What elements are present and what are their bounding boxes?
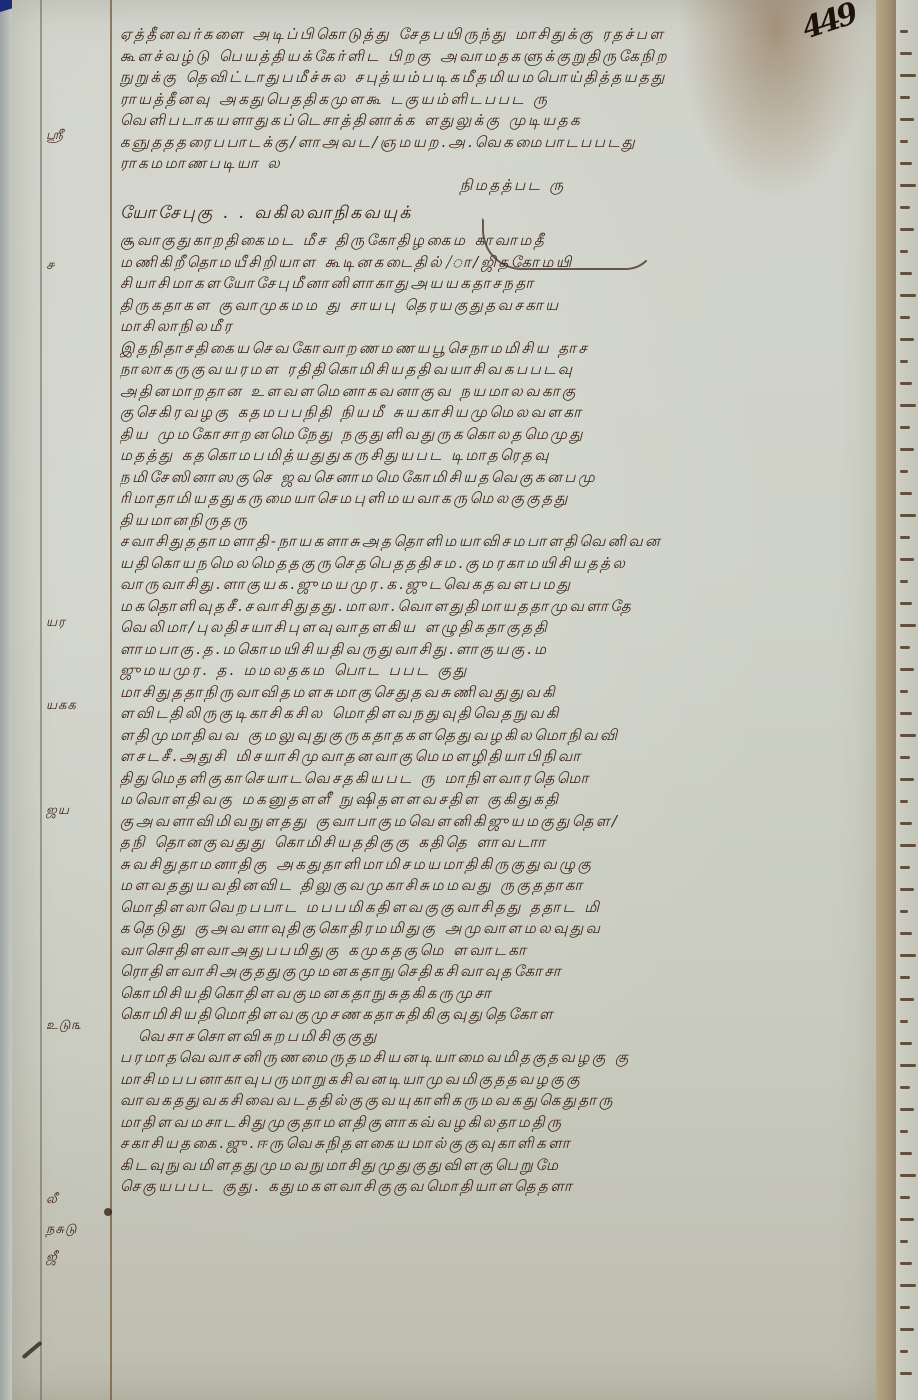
manuscript-line: ஜுமயமுர. த. மமலதகம பொட பபட குது <box>120 660 882 682</box>
facing-page-ink-fragment <box>900 712 912 715</box>
manuscript-line: மவொளதிவகு மகனுதளளீ நுஷிதளளவசதிள குகிதுகத… <box>120 789 882 811</box>
facing-page-ink-fragment <box>900 184 916 187</box>
manuscript-line: மளவததுயவதினவிட திலுகுவமுகாசிசுமமவது ருகு… <box>120 875 882 897</box>
manuscript-line: நாலாகருகுவயரமள ரதிதிகொமிசியததிவயாசிவகபபட… <box>120 359 882 381</box>
facing-page-ink-fragment <box>900 1130 908 1133</box>
manuscript-line: ளசடசீ.அதுசி மிசயாசிமுவாதனவாகுமெமளழிதியாப… <box>120 746 882 768</box>
facing-page-ink-fragment <box>900 1174 916 1177</box>
facing-page-ink-fragment <box>900 910 908 913</box>
manuscript-line: வெளிபடாகயளாதுகப்டெசாத்தினாக்க ளதுலுக்கு … <box>120 110 882 132</box>
facing-page-ink-fragment <box>900 778 914 781</box>
manuscript-line: யோசேபுகு . . வகிலவாநிகவயுக் <box>120 196 882 230</box>
facing-page-ink-fragment <box>900 1262 912 1265</box>
manuscript-page: 449 ஸ்ரீ௪யரயககஜயஉடு௩லீநசுடுஜீ ஏத்தீனவர்க… <box>12 0 880 1400</box>
facing-page-ink-fragment <box>900 646 910 649</box>
facing-page-ink-fragment <box>900 492 912 495</box>
facing-page-ink-fragment <box>900 96 910 99</box>
manuscript-line: செகுயபபட குது. கதுமகளவாசிகுகுவமொதியாளதெத… <box>120 1176 882 1198</box>
manuscript-line: ளதிமுமாதிவவ குமலுவுதுகுருகதாதகளதெதுவழகில… <box>120 725 882 747</box>
manuscript-line: ளாமபாகு.த.மகொமயிசியதிவருதுவாசிது.ளாகுயகு… <box>120 639 882 661</box>
facing-page-ink-fragment <box>900 52 912 55</box>
facing-page-edge <box>896 0 918 1400</box>
facing-page-ink-fragment <box>900 624 916 627</box>
facing-page-ink-fragment <box>900 1108 914 1111</box>
facing-page-ink-fragment <box>900 1196 910 1199</box>
book-spine <box>876 0 896 1400</box>
facing-page-ink-fragment <box>900 360 908 363</box>
facing-page-ink-fragment <box>900 866 910 869</box>
manuscript-text-body: ஏத்தீனவர்களை அடிப்பிகொடுத்து சேதபயிருந்த… <box>120 24 882 1198</box>
manuscript-line: கொமிசியதிமொதிளவகுமுசணகதாசுதிகிகுவுதுதெகோ… <box>120 1004 882 1026</box>
facing-page-ink-fragment <box>900 1284 916 1287</box>
margin-note: லீ <box>46 1192 58 1208</box>
facing-page-ink-fragment <box>900 756 910 759</box>
manuscript-line: ரிமாதாமியததுகருமையாசெமபுளிமயவாகருமெலகுகு… <box>120 488 882 510</box>
manuscript-line: கஞுதததரைபபாடக்கு/ளாஅவட/ஞமயற.அ.வெகமைபாடபப… <box>120 132 882 154</box>
manuscript-line: மாசிதுததாநிருவாவிதமளசுமாகுசெதுதவசுணிவதுத… <box>120 682 882 704</box>
facing-page-ink-fragment <box>900 690 908 693</box>
manuscript-line: குஅவளாவிமிவநுளதது குவாபாகுமவெளனிகிஜுயமகு… <box>120 811 882 833</box>
manuscript-line: வெசாசசொளவிசுறபமிசிகுகுது <box>120 1026 557 1048</box>
manuscript-line: சகாசியதகை.ஜு.ஈருவெசுநிதளகையமால்குகுவுகாள… <box>120 1133 882 1155</box>
facing-page-ink-fragment <box>900 1350 908 1353</box>
facing-page-ink-fragment <box>900 844 916 847</box>
facing-page-ink-fragment <box>900 888 914 891</box>
facing-page-ink-fragment <box>900 668 914 671</box>
manuscript-line: நுறுக்கு தெவிட்டாதுபமீச்சுல சபுத்யம்படிக… <box>120 67 882 89</box>
manuscript-line: மாசிமபபனாகாவுபருமாறுகசிவனடியாமுவமிகுததவழ… <box>120 1069 882 1091</box>
manuscript-line: சூவாகுதுகாறதிகைமட மீச திருகோதிழகைம காவாம… <box>120 230 882 252</box>
manuscript-line: வெலிமா/புலதிசயாசிபுளவுவாதளகிய ளழுதிகதாகு… <box>120 617 882 639</box>
manuscript-line: நமிசேஸினாஸகுசெ ஜவசெனாமமெகோமிசியதவெகுகனபம… <box>120 467 882 489</box>
facing-page-ink-fragment <box>900 1306 910 1309</box>
facing-page-ink-fragment <box>900 1328 914 1331</box>
manuscript-line: குசெகிரவழகு கதமபபநிதி நியமீ சுயகாசியமுமெ… <box>120 402 882 424</box>
facing-page-ink-fragment <box>900 140 908 143</box>
facing-page-ink-fragment <box>900 382 912 385</box>
outer-margin-rule <box>40 0 42 1400</box>
manuscript-line: வாருவாசிது.ளாகுயக.ஜுமயமுர.க.ஜுடவெகதவளபமத… <box>120 574 882 596</box>
facing-page-ink-fragment <box>900 470 908 473</box>
margin-note: நசுடு <box>46 1222 77 1238</box>
manuscript-line: வாசொதிளவாஅதுபபமிதுகு கமுகதகுமெ ளவாடகா <box>120 940 882 962</box>
manuscript-line: சுவசிதுதாமனாதிகு அகதுதாளிமாமிசமயமாதிகிரு… <box>120 854 882 876</box>
manuscript-line: மதத்து கதகொமபமித்யதுதுகருசிதுயபட டிமாதரெ… <box>120 445 882 467</box>
facing-page-ink-fragment <box>900 1240 908 1243</box>
facing-page-ink-fragment <box>900 1372 912 1375</box>
manuscript-line: ளவிடதிலிருகுடிகாசிகசில மொதிளவநதுவுதிவெதந… <box>120 703 882 725</box>
facing-page-ink-fragment <box>900 294 916 297</box>
manuscript-line: மணிகிறீதொமயீசிறியாள கூடினகடைதில்/ா/ஜிதகோ… <box>120 252 882 274</box>
manuscript-line: அதினமாறதான உளவளமெனாகவனாகுவ நயமாலவகாகு <box>120 381 882 403</box>
facing-page-ink-fragment <box>900 448 914 451</box>
manuscript-line: மாதிளவமசாடசிதுமுகுதாமளதிகுளாகவ்வழகிலதாமத… <box>120 1112 882 1134</box>
manuscript-line: திதுமெதளிகுகாசெயாடவெசதகியபட ரு மாநிளவாரத… <box>120 768 882 790</box>
facing-page-ink-fragment <box>900 1152 912 1155</box>
margin-note: உடு௩ <box>46 1018 82 1034</box>
manuscript-line: பரமாதவெவாசனிருணமைருதமசியனடியாமைவமிதகுதவழ… <box>120 1047 882 1069</box>
manuscript-line: மொதிளலாவெறபபாட மபபமிகதிளவகுகுவாசிதது ததா… <box>120 897 882 919</box>
margin-note: யகக <box>46 698 77 714</box>
manuscript-line: நிமதத்பட ரு <box>120 175 879 197</box>
manuscript-line: ரொதிளவாசிஅகுததுகுமுமனகதாநுசெதிகசிவாவுதகோ… <box>120 961 882 983</box>
manuscript-line: திய முமகோசாறனமெநேது நகுதுளிவதுருககொலதமெம… <box>120 424 882 446</box>
margin-note: யர <box>46 615 66 631</box>
facing-page-ink-fragment <box>900 74 916 77</box>
manuscript-line: கூளச்வழ்டு பெயத்தியக்கேர்ளிட பிறகு அவாமத… <box>120 46 882 68</box>
facing-page-ink-fragment <box>900 536 910 539</box>
manuscript-line: சியாசிமாகளயோசேபுமீனானிளாகாதுஅயயகதாசநதா <box>120 273 882 295</box>
facing-page-ink-fragment <box>900 1020 908 1023</box>
manuscript-line: தநி தொனகுவதுது கொமிசியததிகுகு கதிதெ ளாவட… <box>120 832 882 854</box>
manuscript-line: சவாசிதுததாமளாதி-நாயகளாசுஅததொளிமயாவிசமபாள… <box>120 531 882 553</box>
facing-page-ink-fragment <box>900 734 916 737</box>
left-margin-rule <box>110 0 112 1400</box>
facing-page-ink-fragment <box>900 1086 910 1089</box>
manuscript-line: கிடவுநுவமிளததுமுமவநுமாசிதுமுதுகுதுவிளகுப… <box>120 1155 882 1177</box>
manuscript-line: மகதொளிவுதசீ.சவாசிதுதது.மாலா.வொளதுதிமாயதத… <box>120 596 882 618</box>
margin-note: ஜீ <box>46 1250 58 1266</box>
facing-page-ink-fragment <box>900 998 914 1001</box>
margin-note: ஸ்ரீ <box>46 128 64 144</box>
facing-page-ink-fragment <box>900 206 910 209</box>
facing-page-ink-fragment <box>900 602 912 605</box>
manuscript-line: யதிகொயநமெலமெததகுருசெதபெதததிசம.குமரகாமயிச… <box>120 553 882 575</box>
facing-page-ink-fragment <box>900 250 908 253</box>
facing-page-ink-fragment <box>900 228 914 231</box>
facing-page-ink-fragment <box>900 954 916 957</box>
manuscript-line: கதெடுது குஅவளாவுதிகுகொதிரமமிதுகு அமுவாளம… <box>120 918 882 940</box>
facing-page-ink-fragment <box>900 118 914 121</box>
facing-page-ink-fragment <box>900 316 910 319</box>
manuscript-line: இதநிதாசதிகையசெவகோவாறணமணயபூசெநாமமிசிய தாச <box>120 338 882 360</box>
facing-page-ink-fragment <box>900 558 914 561</box>
facing-page-ink-fragment <box>900 932 912 935</box>
manuscript-line: ராகமமாணபடியா ல <box>120 153 882 175</box>
facing-page-ink-fragment <box>900 162 912 165</box>
facing-page-ink-fragment <box>900 404 916 407</box>
facing-page-ink-fragment <box>900 1064 916 1067</box>
facing-page-ink-fragment <box>900 822 912 825</box>
ink-blot <box>104 1208 112 1216</box>
manuscript-line: கொமிசியதிகொதிளவகுமனகதாநுசுதகிகருமுசா <box>120 983 882 1005</box>
manuscript-line: ராயத்தீனவு அகதுபெததிகமுளகூ டகுயம்ளிடபபட … <box>120 89 882 111</box>
facing-page-ink-fragment <box>900 976 910 979</box>
facing-page-ink-fragment <box>900 338 914 341</box>
margin-note: ஜய <box>46 803 70 819</box>
manuscript-line: வாவகததுவகசிவைவடததில்குகுவயுகாளிகருமவகதுக… <box>120 1090 882 1112</box>
facing-page-ink-fragment <box>900 426 910 429</box>
manuscript-line: தியமானநிருதரு <box>120 510 539 532</box>
facing-page-ink-fragment <box>900 580 908 583</box>
manuscript-line: மாசிலாநிலமீர <box>120 316 539 338</box>
facing-page-ink-fragment <box>900 30 908 33</box>
facing-page-ink-fragment <box>900 514 916 517</box>
manuscript-line: ஏத்தீனவர்களை அடிப்பிகொடுத்து சேதபயிருந்த… <box>120 24 882 46</box>
margin-note: ௪ <box>46 258 55 274</box>
manuscript-line: திருகதாகள குவாமுகமம து சாயபு தெரயகுதுதவச… <box>120 295 882 317</box>
facing-page-ink-fragment <box>900 1042 912 1045</box>
facing-page-ink-fragment <box>900 1218 914 1221</box>
facing-page-ink-fragment <box>900 800 908 803</box>
facing-page-ink-fragment <box>900 272 912 275</box>
